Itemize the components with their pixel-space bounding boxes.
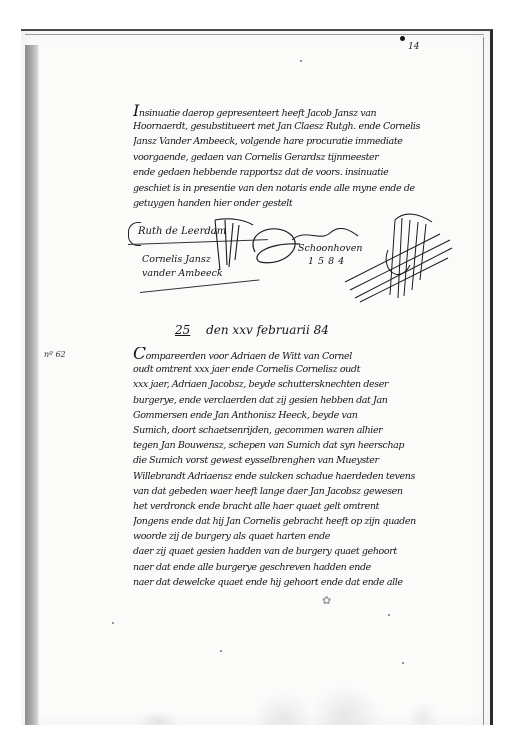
entry-day-number: 25	[175, 323, 190, 337]
text-line: woorde zij de burgery als quaet harten e…	[133, 529, 468, 544]
text-line: die Sumich vorst gewest eysselbrenghen v…	[133, 453, 468, 468]
text-line: burgerye, ende verclaerden dat zij gesie…	[133, 393, 468, 408]
text-line: ende gedaen hebbende rapportsz dat de vo…	[133, 165, 453, 181]
entry-1-text: Insinuatie daerop gepresenteert heeft Ja…	[133, 103, 453, 212]
text-line: naer dat ende alle burgerye geschreven h…	[133, 560, 468, 575]
text-line: daer zij quaet gesien hadden van de burg…	[133, 544, 468, 559]
text-line: voorgaende, gedaen van Cornelis Gerardsz…	[133, 150, 453, 166]
ink-blot-icon	[400, 36, 405, 41]
paper-speck	[220, 650, 222, 652]
text-line: Jansz Vander Ambeeck, volgende hare proc…	[133, 134, 453, 150]
entry-date-text: den xxv februarii 84	[206, 323, 329, 337]
text-line: Jongens ende dat hij Jan Cornelis gebrac…	[133, 514, 468, 529]
text-line: xxx jaer, Adriaen Jacobsz, beyde schutte…	[133, 377, 468, 392]
entry-2-text: Compareerden voor Adriaen de Witt van Co…	[133, 347, 468, 590]
text-line: tegen Jan Bouwensz, schepen van Sumich d…	[133, 438, 468, 453]
paper-speck	[112, 622, 114, 624]
text-line: Compareerden voor Adriaen de Witt van Co…	[133, 347, 468, 362]
paper-speck	[388, 614, 390, 616]
binding-gutter-shadow	[25, 45, 39, 725]
text-line: naer dat dewelcke quaet ende hij gehoort…	[133, 575, 468, 590]
notary-signmark-icon	[340, 210, 460, 305]
entry-2-date: 25 den xxv februarii 84	[175, 323, 329, 337]
paper-speck	[402, 662, 404, 664]
text-line: Gommersen ende Jan Anthonisz Heeck, beyd…	[133, 408, 468, 423]
page-top-edge	[25, 34, 484, 35]
text-line: Sumich, doort schaetsenrijden, gecommen …	[133, 423, 468, 438]
text-line: Hoornaerdt, gesubstitueert met Jan Claes…	[133, 119, 453, 135]
paper-speck	[300, 60, 302, 62]
text-line: oudt omtrent xxx jaer ende Cornelis Corn…	[133, 362, 468, 377]
decorative-fleuron-icon: ✿	[322, 594, 331, 607]
text-line: Willebrandt Adriaensz ende sulcken schad…	[133, 469, 468, 484]
text-line: Insinuatie daerop gepresenteert heeft Ja…	[133, 103, 453, 119]
scanned-manuscript: 14 Insinuatie daerop gepresenteert heeft…	[0, 0, 512, 754]
signature-mark-icon	[195, 215, 265, 275]
text-line: van dat gebeden waer heeft lange daer Ja…	[133, 484, 468, 499]
margin-annotation: nº 62	[44, 350, 66, 359]
text-line: geschiet is in presentie van den notaris…	[133, 181, 453, 197]
page-right-edge	[483, 37, 484, 725]
folio-number: 14	[408, 42, 419, 52]
foxing-stains	[81, 685, 470, 725]
text-line: het verdronck ende bracht alle haer quae…	[133, 499, 468, 514]
